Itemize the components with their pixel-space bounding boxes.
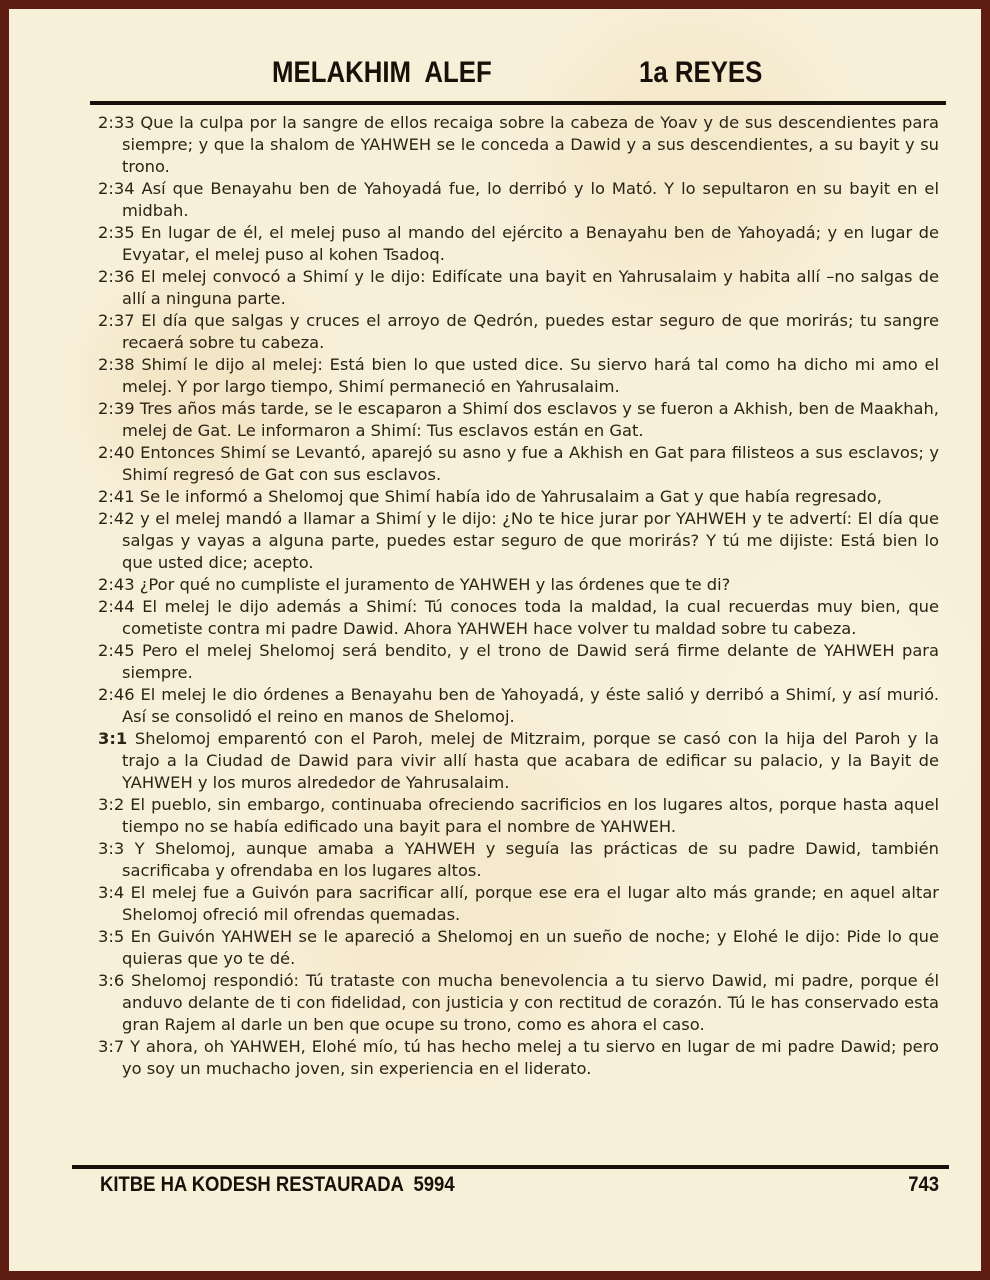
verse: 2:36 El melej convocó a Shimí y le dijo:… (98, 266, 939, 310)
verse: 2:40 Entonces Shimí se Levantó, aparejó … (98, 442, 939, 486)
verse: 2:39 Tres años más tarde, se le escaparo… (98, 398, 939, 442)
header-rule (90, 101, 946, 105)
verse-number: 2:39 (98, 399, 140, 418)
verse-number: 3:6 (98, 971, 131, 990)
verse: 2:38 Shimí le dijo al melej: Está bien l… (98, 354, 939, 398)
verse-number: 2:41 (98, 487, 140, 506)
verse: 2:33 Que la culpa por la sangre de ellos… (98, 112, 939, 178)
verse: 3:7 Y ahora, oh YAHWEH, Elohé mío, tú ha… (98, 1036, 939, 1080)
verse-number: 2:46 (98, 685, 141, 704)
page-number: 743 (908, 1173, 939, 1197)
verse-number: 3:7 (98, 1037, 130, 1056)
verse-number: 2:34 (98, 179, 142, 198)
verse-number: 2:38 (98, 355, 141, 374)
verse-number: 3:4 (98, 883, 131, 902)
verse-number: 2:42 (98, 509, 140, 528)
footer-edition-label: KITBE HA KODESH RESTAURADA 5994 (100, 1173, 455, 1197)
verse: 3:3 Y Shelomoj, aunque amaba a YAHWEH y … (98, 838, 939, 882)
verse-number: 2:45 (98, 641, 142, 660)
verse: 2:35 En lugar de él, el melej puso al ma… (98, 222, 939, 266)
page-header: MELAKHIM ALEF 1a REYES (9, 9, 981, 105)
page-footer: KITBE HA KODESH RESTAURADA 5994 743 (100, 1173, 939, 1197)
header-title-hebrew: MELAKHIM ALEF (272, 56, 492, 90)
header-title-spanish: 1a REYES (639, 56, 762, 90)
verse: 3:4 El melej fue a Guivón para sacrifica… (98, 882, 939, 926)
verse: 2:44 El melej le dijo además a Shimí: Tú… (98, 596, 939, 640)
verse-number: 2:43 (98, 575, 140, 594)
verse-number: 3:1 (98, 729, 135, 748)
verse-number: 2:40 (98, 443, 140, 462)
verse: 2:42 y el melej mandó a llamar a Shimí y… (98, 508, 939, 574)
verse: 2:34 Así que Benayahu ben de Yahoyadá fu… (98, 178, 939, 222)
verse: 3:2 El pueblo, sin embargo, continuaba o… (98, 794, 939, 838)
footer-rule (72, 1165, 949, 1169)
verse-number: 2:36 (98, 267, 141, 286)
verse-number: 3:3 (98, 839, 135, 858)
verse: 2:37 El día que salgas y cruces el arroy… (98, 310, 939, 354)
book-page: MELAKHIM ALEF 1a REYES 2:33 Que la culpa… (0, 0, 990, 1280)
verse-number: 2:37 (98, 311, 141, 330)
verse: 2:45 Pero el melej Shelomoj será bendito… (98, 640, 939, 684)
verse: 2:41 Se le informó a Shelomoj que Shimí … (98, 486, 939, 508)
verse-text-block: 2:33 Que la culpa por la sangre de ellos… (98, 112, 939, 1154)
verse-number: 3:5 (98, 927, 131, 946)
verse: 3:5 En Guivón YAHWEH se le apareció a Sh… (98, 926, 939, 970)
verse: 2:46 El melej le dio órdenes a Benayahu … (98, 684, 939, 728)
verse-number: 2:44 (98, 597, 142, 616)
verse-number: 2:35 (98, 223, 141, 242)
verse: 3:1 Shelomoj emparentó con el Paroh, mel… (98, 728, 939, 794)
verse: 2:43 ¿Por qué no cumpliste el juramento … (98, 574, 939, 596)
verse-number: 2:33 (98, 113, 140, 132)
verse: 3:6 Shelomoj respondió: Tú trataste con … (98, 970, 939, 1036)
verse-number: 3:2 (98, 795, 130, 814)
